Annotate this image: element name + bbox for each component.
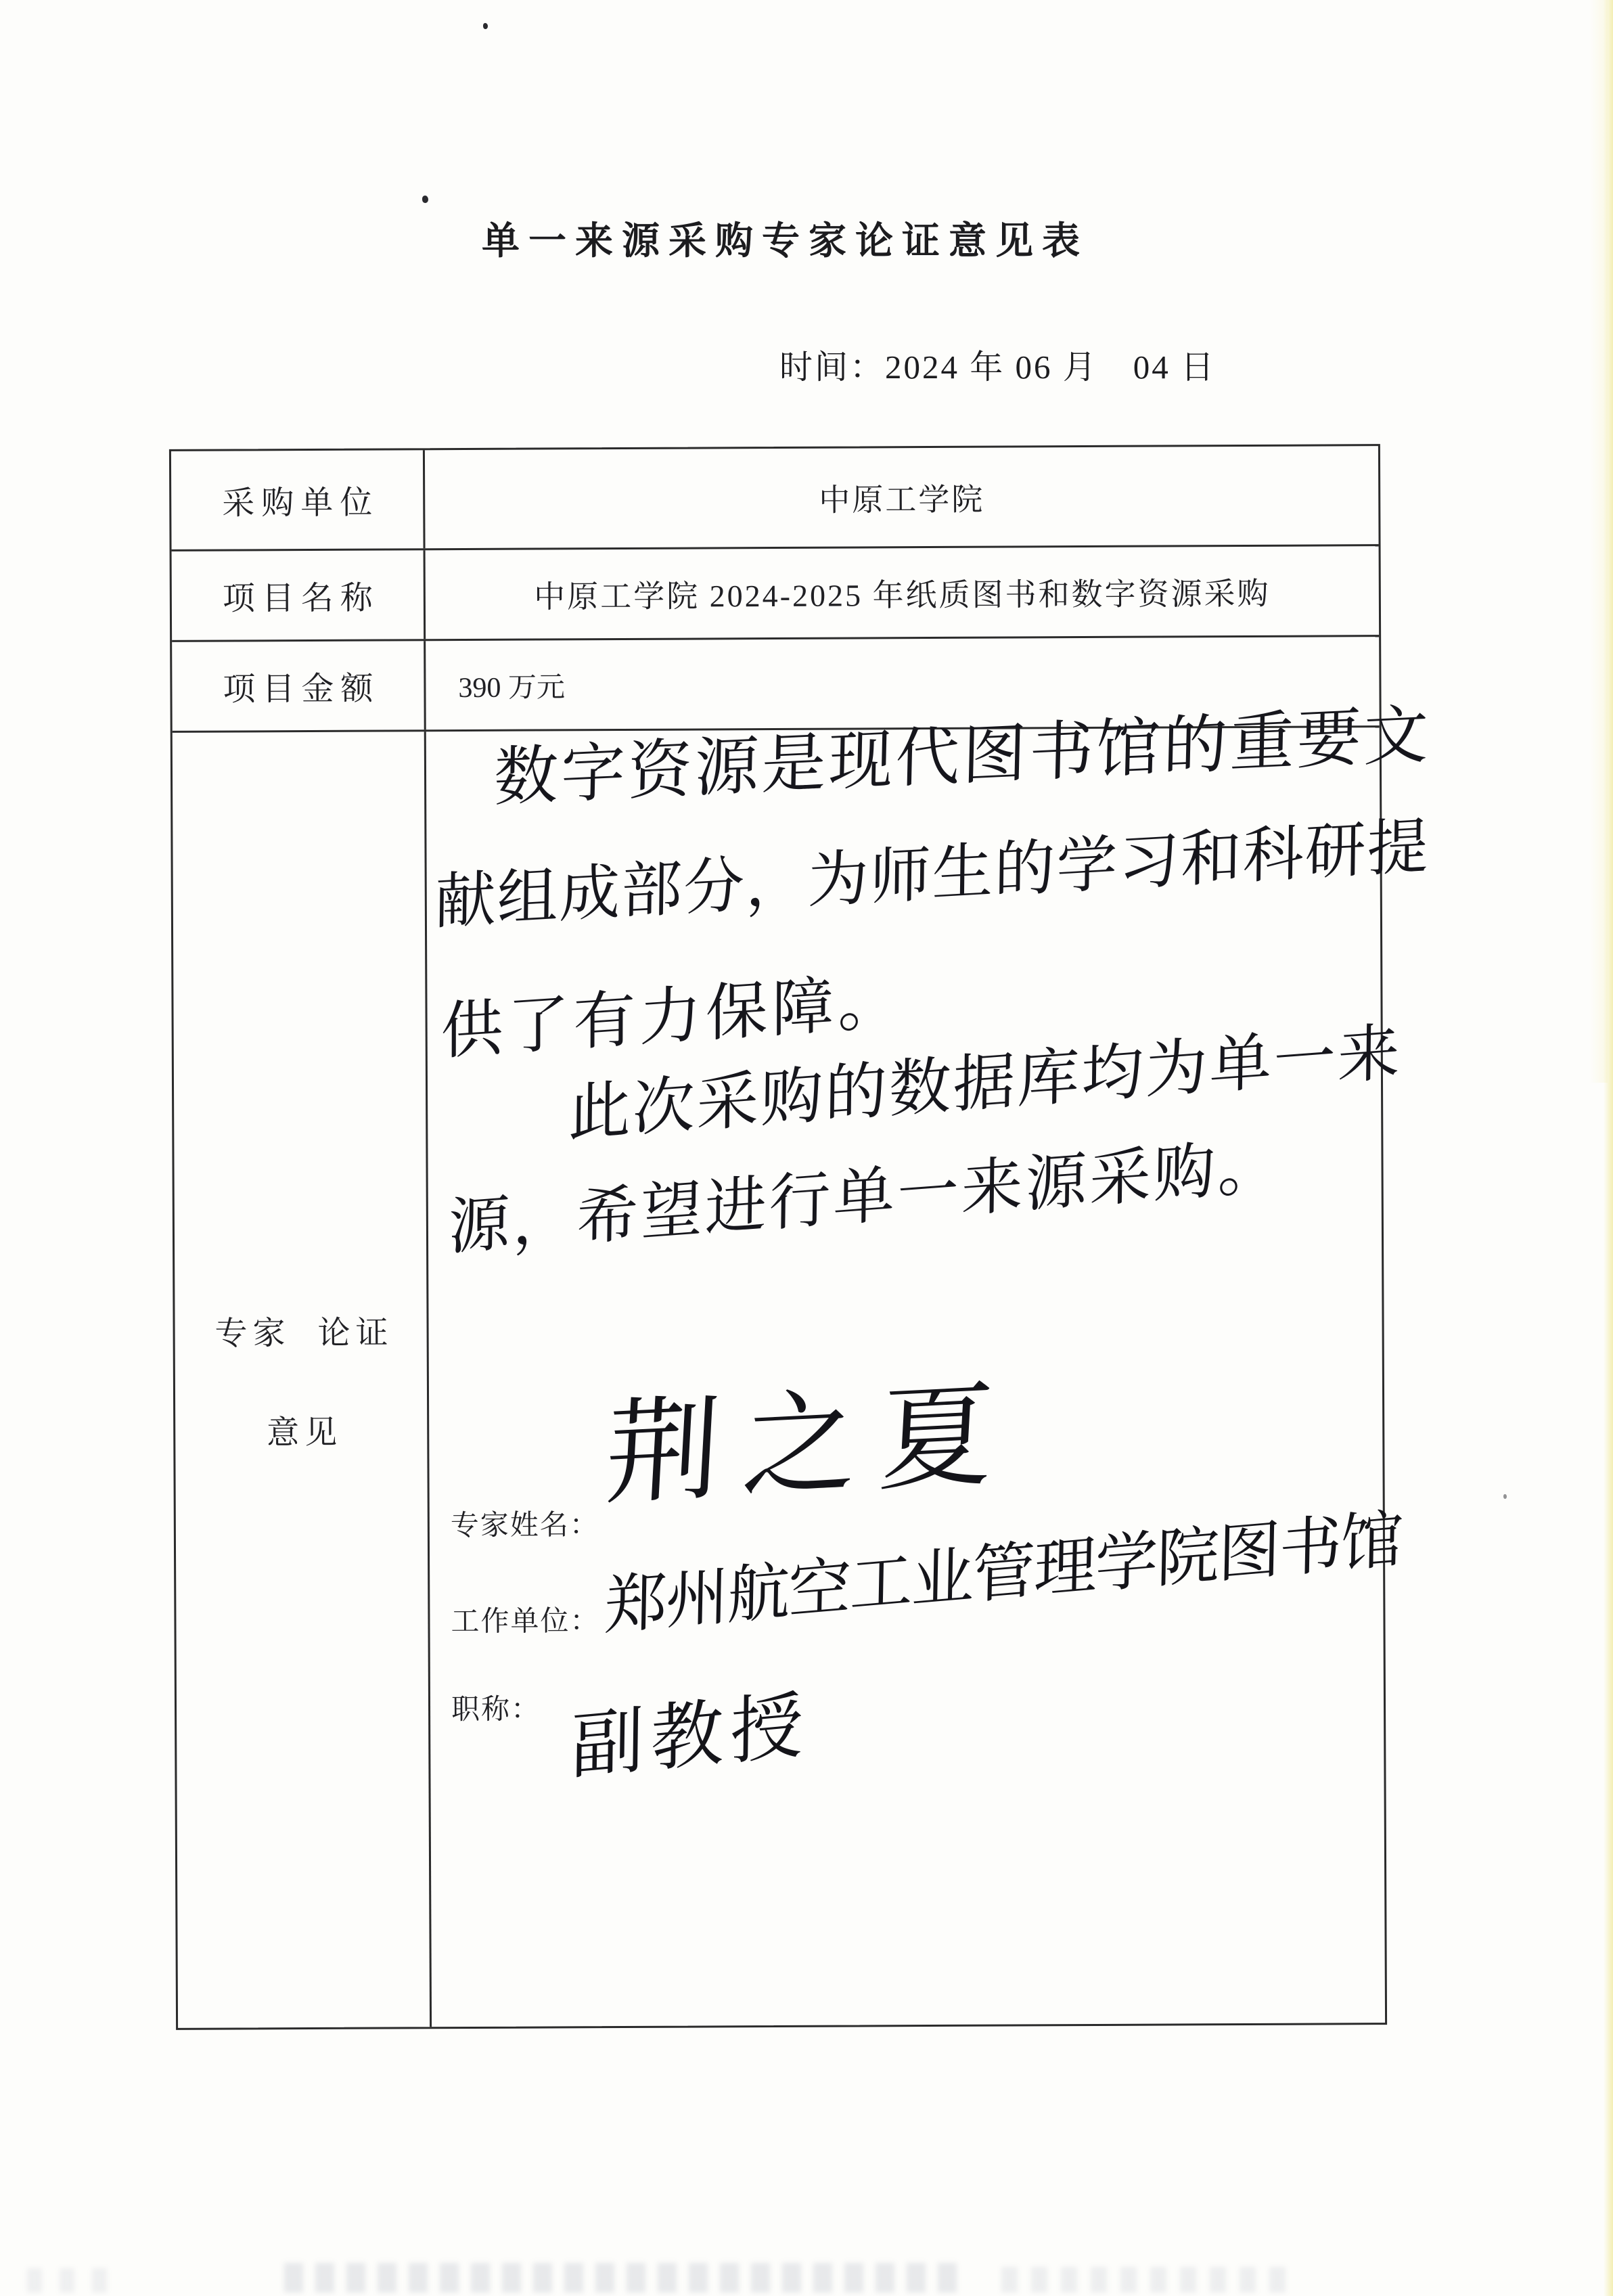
project-name-label: 项目名称 (172, 550, 426, 640)
scan-edge-artifact (1604, 0, 1613, 2296)
job-title-label: 职称： (451, 1687, 541, 1728)
purchasing-unit-label: 采购单位 (171, 450, 426, 549)
project-name-value: 中原工学院 2024-2025 年纸质图书和数字资源采购 (426, 546, 1380, 639)
page-title: 单一来源采购专家论证意见表 (482, 211, 1064, 265)
table-row-project-name: 项目名称 中原工学院 2024-2025 年纸质图书和数字资源采购 (172, 546, 1380, 642)
ink-speck (422, 196, 428, 203)
bleed-through-ghost-text (284, 2263, 961, 2293)
job-title-handwritten: 副教授 (571, 1689, 811, 1784)
expert-opinion-content: 数字资源是现代图书馆的重要文 献组成部分，为师生的学习和科研提 供了有力保障。 … (426, 727, 1385, 2027)
ink-speck (1503, 1494, 1507, 1499)
expert-name-signature: 荆之夏 (604, 1377, 1020, 1512)
scanned-document-page: 单一来源采购专家论证意见表 时间：2024 年 06 月 04 日 采购单位 中… (0, 0, 1613, 2296)
project-amount-label: 项目金额 (172, 641, 426, 731)
scan-edge-artifact-soft (1590, 0, 1608, 1083)
date-line: 时间：2024 年 06 月 04 日 (779, 341, 1216, 388)
work-unit-label: 工作单位： (451, 1598, 599, 1640)
expert-opinion-label: 专家 论证 意见 (173, 731, 432, 2028)
handwritten-opinion-line: 源，希望进行单一来源采购。 (448, 1135, 1282, 1259)
work-unit-handwritten: 郑州航空工业管理学院图书馆 (604, 1508, 1403, 1639)
bleed-through-ghost-text (27, 2268, 108, 2293)
opinion-form-table: 采购单位 中原工学院 项目名称 中原工学院 2024-2025 年纸质图书和数字… (169, 444, 1387, 2030)
bleed-through-ghost-text (1001, 2267, 1286, 2293)
table-row-expert-opinion: 专家 论证 意见 数字资源是现代图书馆的重要文 献组成部分，为师生的学习和科研提… (173, 727, 1385, 2028)
handwritten-opinion-line: 供了有力保障。 (441, 970, 905, 1063)
ink-speck (483, 23, 488, 29)
expert-opinion-label-line1: 专家 论证 (208, 1306, 393, 1353)
table-row-purchasing-unit: 采购单位 中原工学院 (171, 446, 1379, 552)
expert-opinion-label-line2: 意见 (260, 1406, 342, 1454)
purchasing-unit-value: 中原工学院 (425, 446, 1379, 548)
handwritten-opinion-line: 献组成部分，为师生的学习和科研提 (434, 816, 1430, 934)
expert-name-label: 专家姓名： (451, 1502, 599, 1544)
